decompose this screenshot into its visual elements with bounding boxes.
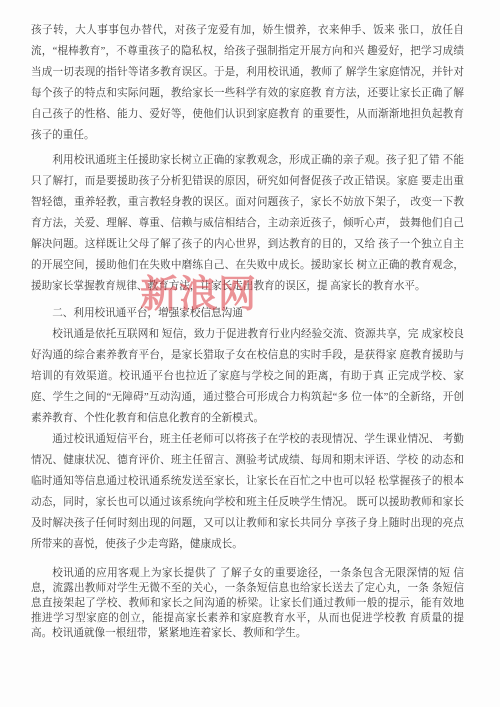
paragraph-1: 孩子转，大人事事包办替代，对孩子宠爱有加，娇生惯养，衣来伸手、饭来 张口，放任自… xyxy=(31,20,464,146)
paragraph-5: 通过校讯通短信平台，班主任老师可以将孩子在学校的表现情况、学生课业情况、 考勤情… xyxy=(31,429,464,555)
document-page: 孩子转，大人事事包办替代，对孩子宠爱有加，娇生惯养，衣来伸手、饭来 张口，放任自… xyxy=(0,0,500,707)
paragraph-6: 校讯通的应用客观上为家长提供了 了解子女的重要途径，一条条包含无限深情的短 信息… xyxy=(31,566,464,641)
section-heading: 二、利用校讯通平台，增强家校信息沟通 xyxy=(31,303,464,324)
paragraph-4: 校讯通是依托互联网和 短信，致力于促进教育行业内经验交流、资源共享，完 成家校良… xyxy=(31,324,464,429)
document-body: 孩子转，大人事事包办替代，对孩子宠爱有加，娇生惯养，衣来伸手、饭来 张口，放任自… xyxy=(31,20,464,641)
paragraph-2: 利用校讯通班主任援助家长树立正确的家教观念，形成正确的亲子观。孩子犯了错 不能只… xyxy=(31,150,464,297)
